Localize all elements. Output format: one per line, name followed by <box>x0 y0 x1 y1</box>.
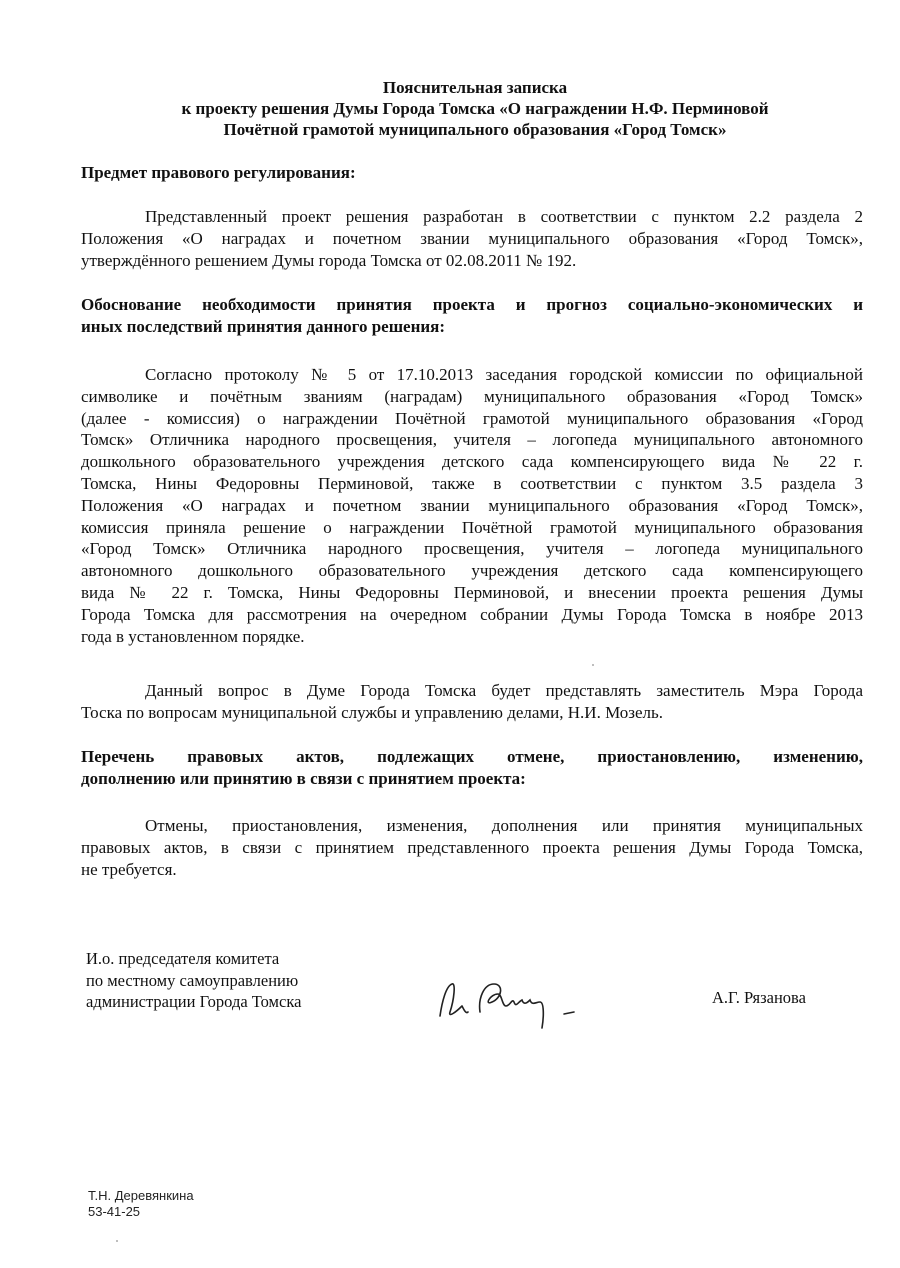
paragraph-line: Отмены, приостановления, изменения, допо… <box>81 815 863 837</box>
position-line: по местному самоуправлению <box>86 970 301 992</box>
paragraph-line: (далее - комиссия) о награждении Почётно… <box>81 408 863 430</box>
paragraph-line: Согласно протоколу № 5 от 17.10.2013 зас… <box>81 364 863 386</box>
signer-name: А.Г. Рязанова <box>712 988 806 1008</box>
paragraph-line: правовых актов, в связи с принятием пред… <box>81 837 863 859</box>
paragraph-line: утверждённого решением Думы города Томск… <box>81 250 863 272</box>
paragraph-line: автономного дошкольного образовательного… <box>81 560 863 582</box>
executor-phone: 53-41-25 <box>88 1204 194 1220</box>
paragraph-line: не требуется. <box>81 859 863 881</box>
title-line: Пояснительная записка <box>80 77 870 98</box>
title-line: Почётной грамотой муниципального образов… <box>80 119 870 140</box>
section-heading-justification: Обоснование необходимости принятия проек… <box>81 294 863 338</box>
title-line: к проекту решения Думы Города Томска «О … <box>80 98 870 119</box>
legal-acts-paragraph: Отмены, приостановления, изменения, допо… <box>81 815 863 880</box>
paragraph-line: Данный вопрос в Думе Города Томска будет… <box>81 680 863 702</box>
document-page: Пояснительная записка к проекту решения … <box>0 0 900 1268</box>
position-line: администрации Города Томска <box>86 991 301 1013</box>
paragraph-line: Томск» Отличника народного просвещения, … <box>81 429 863 451</box>
paragraph-line: дошкольного образовательного учреждения … <box>81 451 863 473</box>
paragraph-line: Положения «О наградах и почетном звании … <box>81 495 863 517</box>
paragraph-line: Города Томска для рассмотрения на очеред… <box>81 604 863 626</box>
section-heading-legal-acts: Перечень правовых актов, подлежащих отме… <box>81 746 863 790</box>
heading-line: иных последствий принятия данного решени… <box>81 317 445 336</box>
paragraph-line: Томска, Нины Федоровны Перминовой, также… <box>81 473 863 495</box>
justification-paragraph-1: Согласно протоколу № 5 от 17.10.2013 зас… <box>81 364 863 647</box>
scan-speck <box>116 1240 118 1242</box>
signatory-position: И.о. председателя комитета по местному с… <box>86 948 301 1013</box>
position-line: И.о. председателя комитета <box>86 948 301 970</box>
section-subject-paragraph: Представленный проект решения разработан… <box>81 206 863 271</box>
handwritten-signature-icon <box>432 972 602 1032</box>
executor-info: Т.Н. Деревянкина 53-41-25 <box>88 1188 194 1220</box>
paragraph-line: Тоска по вопросам муниципальной службы и… <box>81 702 863 724</box>
heading-line: Обоснование необходимости принятия проек… <box>81 294 863 316</box>
paragraph-line: символике и почётным званиям (наградам) … <box>81 386 863 408</box>
paragraph-line: «Город Томск» Отличника народного просве… <box>81 538 863 560</box>
paragraph-line: Представленный проект решения разработан… <box>81 206 863 228</box>
section-heading-subject: Предмет правового регулирования: <box>81 162 863 184</box>
paragraph-line: Положения «О наградах и почетном звании … <box>81 228 863 250</box>
executor-name: Т.Н. Деревянкина <box>88 1188 194 1204</box>
justification-paragraph-2: Данный вопрос в Думе Города Томска будет… <box>81 680 863 724</box>
paragraph-line: года в установленном порядке. <box>81 626 863 648</box>
scan-speck <box>592 664 594 666</box>
paragraph-line: вида № 22 г. Томска, Нины Федоровны Перм… <box>81 582 863 604</box>
document-title: Пояснительная записка к проекту решения … <box>80 77 870 140</box>
paragraph-line: комиссия приняла решение о награждении П… <box>81 517 863 539</box>
heading-line: Перечень правовых актов, подлежащих отме… <box>81 746 863 768</box>
heading-line: дополнению или принятию в связи с принят… <box>81 769 526 788</box>
